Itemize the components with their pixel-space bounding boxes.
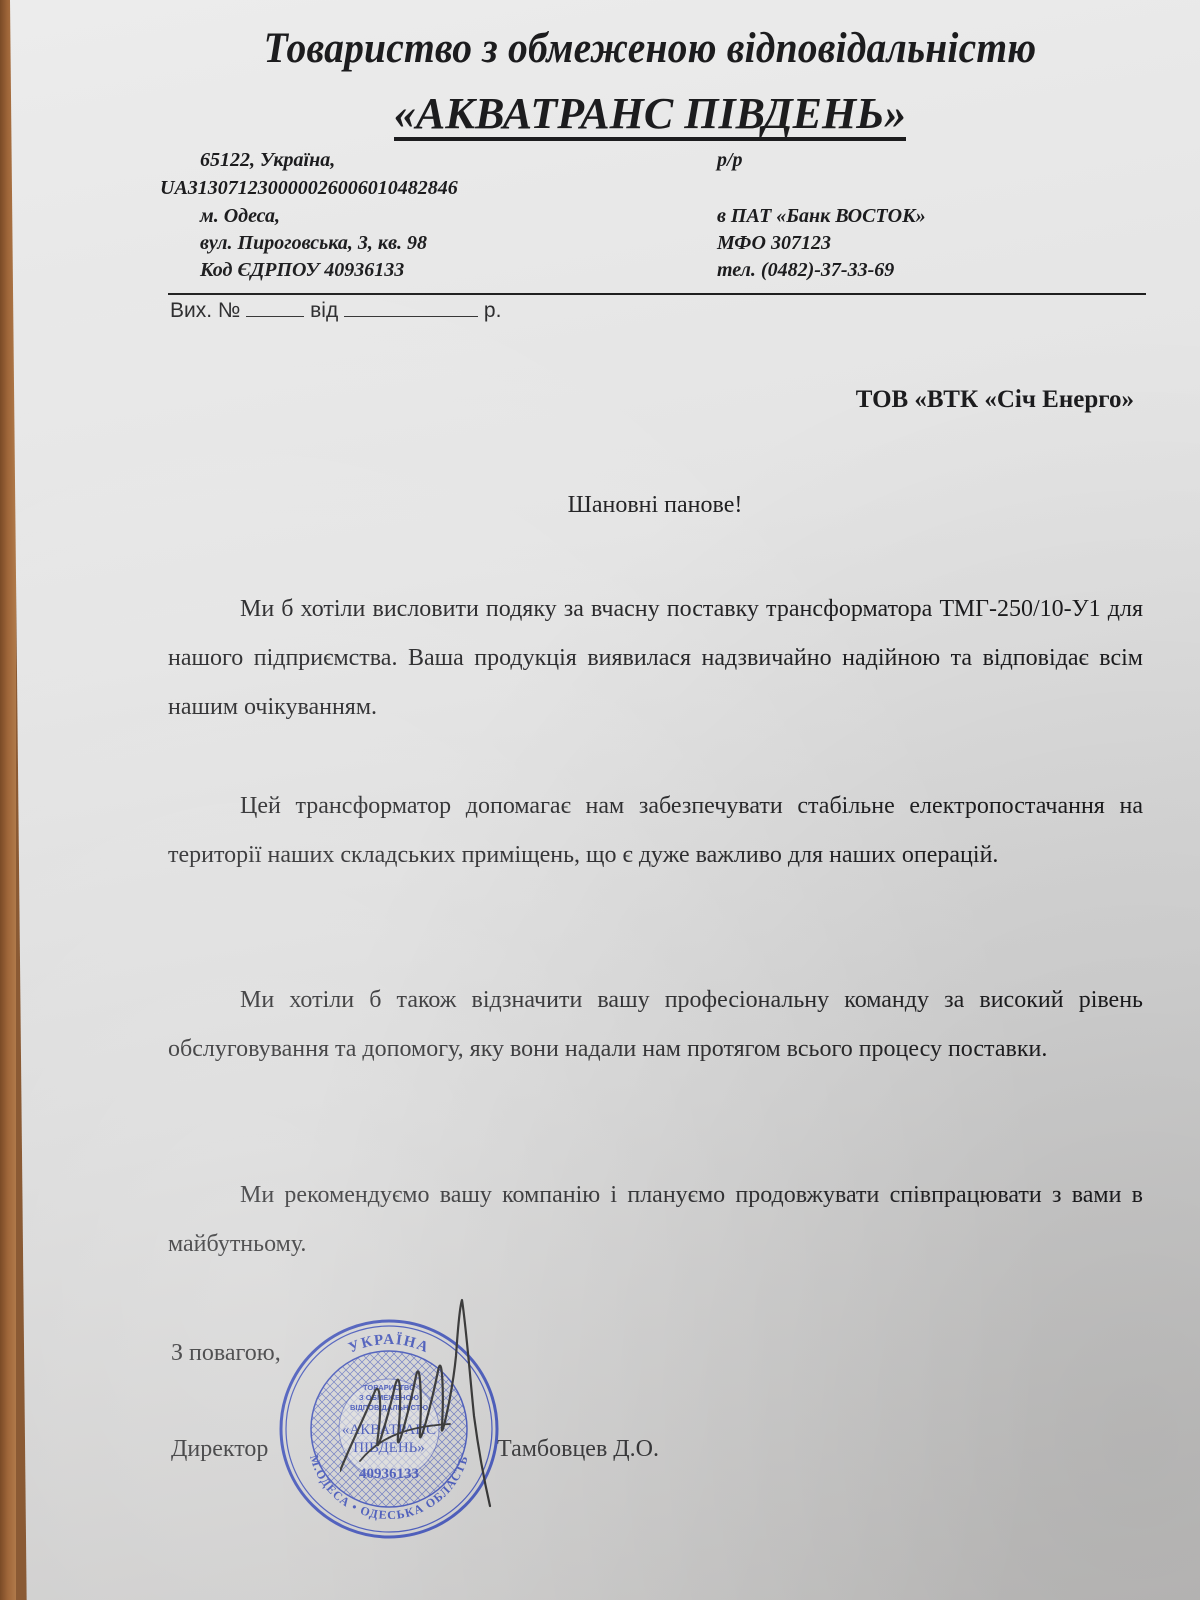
address-line-postcode: 65122, Україна, (200, 146, 335, 174)
outgoing-number-blank (246, 296, 304, 317)
outgoing-date-label: від (310, 299, 338, 322)
svg-text:40936133: 40936133 (359, 1466, 419, 1482)
director-name: Тамбовцев Д.О. (497, 1436, 659, 1463)
company-name-heading: «АКВАТРАНС ПІВДЕНЬ» (160, 88, 1140, 141)
outgoing-date-blank (344, 296, 478, 317)
letterhead-divider (168, 293, 1146, 295)
svg-text:ПІВДЕНЬ»: ПІВДЕНЬ» (353, 1440, 425, 1456)
svg-text:З ОБМЕЖЕНОЮ: З ОБМЕЖЕНОЮ (359, 1393, 419, 1402)
address-line-edrpou: Код ЄДРПОУ 40936133 (200, 256, 404, 284)
closing-regards: З повагою, (171, 1340, 281, 1367)
company-stamp-icon: УКРАЇНА М.ОДЕСА • ОДЕСЬКА ОБЛАСТЬ ТОВАРИ… (278, 1318, 500, 1540)
letter-sheet: Товариство з обмеженою відповідальністю … (10, 0, 1200, 1600)
company-type-heading: Товариство з обмеженою відповідальністю (199, 24, 1101, 73)
svg-text:ВІДПОВІДАЛЬНІСТЮ: ВІДПОВІДАЛЬНІСТЮ (350, 1403, 428, 1412)
outgoing-number-line: Вих. № від р. (170, 296, 501, 323)
svg-text:ТОВАРИСТВО: ТОВАРИСТВО (363, 1383, 415, 1392)
director-signature-icon (340, 1296, 500, 1526)
address-line-city: м. Одеса, (200, 202, 280, 230)
body-paragraph-4: Ми рекомендуємо вашу компанію і плануємо… (168, 1171, 1143, 1269)
company-name: «АКВАТРАНС ПІВДЕНЬ» (394, 91, 906, 141)
body-paragraph-1: Ми б хотіли висловити подяку за вчасну п… (168, 585, 1143, 732)
recipient: ТОВ «ВТК «Січ Енерго» (856, 386, 1134, 414)
address-line-iban: UA313071230000026006010482846 (160, 174, 458, 202)
svg-text:УКРАЇНА: УКРАЇНА (346, 1332, 431, 1357)
bank-account-label: р/р (717, 146, 743, 174)
svg-text:«АКВАТРАНС: «АКВАТРАНС (342, 1422, 436, 1438)
body-paragraph-2: Цей трансформатор допомагає нам забезпеч… (168, 782, 1143, 880)
director-title: Директор (171, 1436, 268, 1463)
bank-name: в ПАТ «Банк ВОСТОК» (717, 202, 926, 230)
body-paragraph-3: Ми хотіли б також відзначити вашу профес… (168, 976, 1143, 1074)
outgoing-year-suffix: р. (484, 299, 502, 322)
outgoing-number-label: Вих. № (170, 299, 240, 322)
svg-text:М.ОДЕСА • ОДЕСЬКА ОБЛАСТЬ: М.ОДЕСА • ОДЕСЬКА ОБЛАСТЬ (307, 1453, 471, 1522)
greeting: Шановні панове! (10, 492, 1200, 519)
address-line-street: вул. Пироговська, 3, кв. 98 (200, 229, 427, 257)
phone-number: тел. (0482)-37-33-69 (717, 256, 894, 284)
bank-mfo: МФО 307123 (717, 229, 831, 257)
